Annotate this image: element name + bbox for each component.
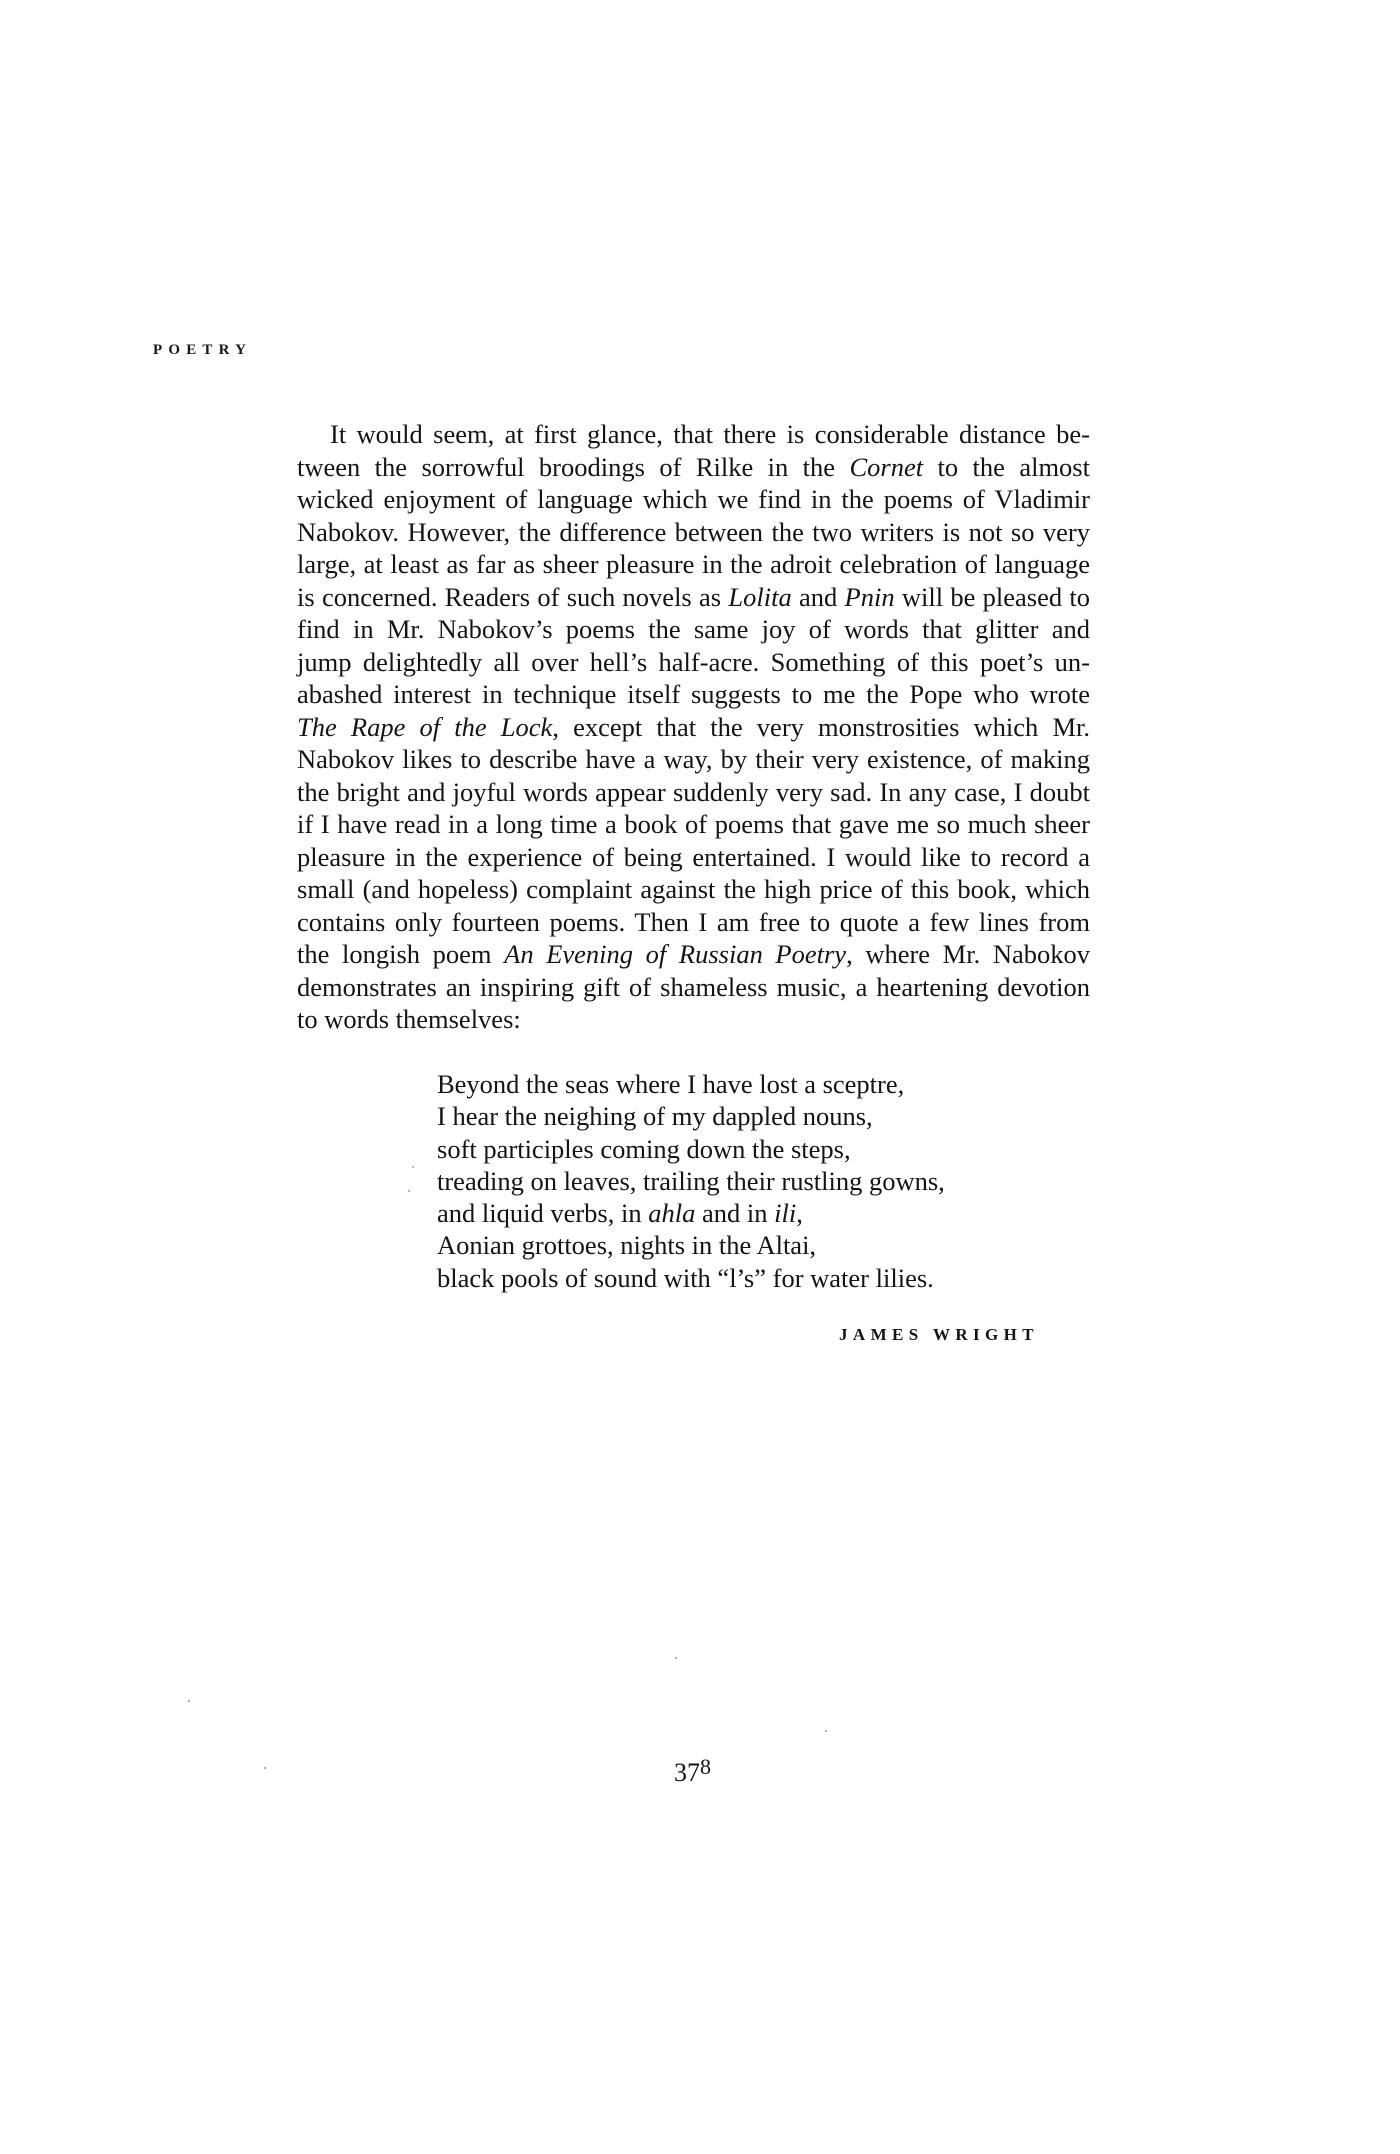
text-segment: tween the sorrowful broodings of Rilke i… [297, 452, 849, 482]
paragraph-line-text: if I have read in a long time a book of … [297, 808, 1090, 841]
paragraph-line: pleasure in the experience of being ente… [297, 841, 1090, 874]
text-segment: I hear the neighing of my dappled nouns, [437, 1101, 873, 1131]
poem-line: treading on leaves, trailing their rustl… [437, 1165, 945, 1197]
text-segment: find in Mr. Nabokov’s poems the same joy… [297, 614, 1090, 644]
paragraph-line: wicked enjoyment of language which we fi… [297, 483, 1090, 516]
paragraph-line-text: It would seem, at first glance, that the… [297, 418, 1090, 451]
paragraph-line: demonstrates an inspiring gift of shamel… [297, 971, 1090, 1004]
review-paragraph: It would seem, at first glance, that the… [297, 418, 1090, 1036]
italic-word: ili [774, 1198, 796, 1228]
text-segment: soft participles coming down the steps, [437, 1134, 851, 1164]
poem-line: Aonian grottoes, nights in the Altai, [437, 1229, 945, 1261]
italic-title-text: The Rape of the Lock [297, 712, 552, 742]
paragraph-line: contains only fourteen poems. Then I am … [297, 906, 1090, 939]
text-segment: Nabokov. However, the difference between… [297, 517, 1090, 547]
text-segment: and in [695, 1198, 774, 1228]
paragraph-line-text: Nabokov likes to describe have a way, by… [297, 743, 1090, 776]
paragraph-line-text: the bright and joyful words appear sudde… [297, 776, 1090, 809]
text-segment: black pools of sound with “l’s” for wate… [437, 1263, 934, 1293]
paragraph-line: is concerned. Readers of such novels as … [297, 581, 1090, 614]
text-segment: and [792, 582, 845, 612]
paragraph-line-text: large, at least as far as sheer pleasure… [297, 548, 1090, 581]
text-segment: the longish poem [297, 939, 504, 969]
paragraph-line: the longish poem An Evening of Russian P… [297, 938, 1090, 971]
running-head: POETRY [153, 342, 252, 359]
italic-title-text: Lolita [728, 582, 791, 612]
poem-line: Beyond the seas where I have lost a scep… [437, 1068, 945, 1100]
text-segment: , where Mr. Nabokov [846, 939, 1090, 969]
paragraph-line: small (and hopeless) complaint against t… [297, 873, 1090, 906]
paragraph-line: if I have read in a long time a book of … [297, 808, 1090, 841]
paragraph-line-text: jump delightedly all over hell’s half-ac… [297, 646, 1090, 679]
paragraph-line-text: abashed interest in technique itself sug… [297, 678, 1090, 711]
poem-line: and liquid verbs, in ahla and in ili, [437, 1197, 945, 1229]
scan-speck [825, 1730, 827, 1732]
text-segment: It would seem, at first glance, that the… [330, 419, 1090, 449]
scan-speck [188, 1700, 190, 1702]
text-segment: is concerned. Readers of such novels as [297, 582, 728, 612]
paragraph-line: Nabokov. However, the difference between… [297, 516, 1090, 549]
paragraph-line: abashed interest in technique itself sug… [297, 678, 1090, 711]
poem-line: black pools of sound with “l’s” for wate… [437, 1262, 945, 1294]
text-segment: wicked enjoyment of language which we fi… [297, 484, 1090, 514]
paragraph-line-text: contains only fourteen poems. Then I am … [297, 906, 1090, 939]
paragraph-line-text: is concerned. Readers of such novels as … [297, 581, 1090, 614]
text-segment: Nabokov likes to describe have a way, by… [297, 744, 1090, 774]
text-segment: to the almost [923, 452, 1090, 482]
paragraph-line-text: the longish poem An Evening of Russian P… [297, 938, 1090, 971]
italic-word: ahla [648, 1198, 695, 1228]
paragraph-line: The Rape of the Lock, except that the ve… [297, 711, 1090, 744]
quoted-poem: Beyond the seas where I have lost a scep… [437, 1068, 945, 1294]
italic-title-text: Pnin [845, 582, 895, 612]
text-segment: if I have read in a long time a book of … [297, 809, 1090, 839]
paragraph-line-text: Nabokov. However, the difference between… [297, 516, 1090, 549]
text-segment: demonstrates an inspiring gift of shamel… [297, 972, 1090, 1002]
text-segment: jump delightedly all over hell’s half-ac… [297, 647, 1090, 677]
italic-title-text: An Evening of Russian Poetry [504, 939, 846, 969]
text-segment: will be pleased to [895, 582, 1090, 612]
paragraph-line: tween the sorrowful broodings of Rilke i… [297, 451, 1090, 484]
page-number: 378 [674, 1758, 711, 1788]
paragraph-line: to words themselves: [297, 1003, 1090, 1036]
text-segment: Beyond the seas where I have lost a scep… [437, 1069, 904, 1099]
author-signature: JAMES WRIGHT [839, 1325, 1039, 1345]
text-segment: , [796, 1198, 803, 1228]
paragraph-line-text: pleasure in the experience of being ente… [297, 841, 1090, 874]
text-segment: abashed interest in technique itself sug… [297, 679, 1090, 709]
text-segment: large, at least as far as sheer pleasure… [297, 549, 1090, 579]
paragraph-line: Nabokov likes to describe have a way, by… [297, 743, 1090, 776]
paragraph-line: find in Mr. Nabokov’s poems the same joy… [297, 613, 1090, 646]
scan-speck [264, 1767, 266, 1769]
paragraph-line: It would seem, at first glance, that the… [297, 418, 1090, 451]
text-segment: small (and hopeless) complaint against t… [297, 874, 1090, 904]
poem-line: soft participles coming down the steps, [437, 1133, 945, 1165]
page-number-main: 37 [674, 1758, 700, 1787]
text-segment: and liquid verbs, in [437, 1198, 648, 1228]
text-segment: treading on leaves, trailing their rustl… [437, 1166, 945, 1196]
paragraph-line: the bright and joyful words appear sudde… [297, 776, 1090, 809]
italic-title-text: Cornet [849, 452, 923, 482]
text-segment: to words themselves: [297, 1004, 521, 1034]
paragraph-line-text: find in Mr. Nabokov’s poems the same joy… [297, 613, 1090, 646]
paragraph-line-text: tween the sorrowful broodings of Rilke i… [297, 451, 1090, 484]
paragraph-line-text: wicked enjoyment of language which we fi… [297, 483, 1090, 516]
text-segment: , except that the very monstrosities whi… [552, 712, 1090, 742]
scan-speck [408, 1190, 410, 1192]
text-segment: contains only fourteen poems. Then I am … [297, 907, 1090, 937]
scan-speck [412, 1166, 414, 1168]
scan-speck [675, 1657, 677, 1659]
text-segment: the bright and joyful words appear sudde… [297, 777, 1090, 807]
paragraph-line-text: The Rape of the Lock, except that the ve… [297, 711, 1090, 744]
page-number-raised-digit: 8 [700, 1754, 711, 1779]
journal-page: POETRY It would seem, at first glance, t… [0, 0, 1400, 2154]
paragraph-line: jump delightedly all over hell’s half-ac… [297, 646, 1090, 679]
paragraph-line: large, at least as far as sheer pleasure… [297, 548, 1090, 581]
paragraph-line-text: demonstrates an inspiring gift of shamel… [297, 971, 1090, 1004]
paragraph-line-text: to words themselves: [297, 1003, 1090, 1036]
text-segment: Aonian grottoes, nights in the Altai, [437, 1230, 816, 1260]
text-segment: pleasure in the experience of being ente… [297, 842, 1090, 872]
poem-line: I hear the neighing of my dappled nouns, [437, 1100, 945, 1132]
paragraph-line-text: small (and hopeless) complaint against t… [297, 873, 1090, 906]
